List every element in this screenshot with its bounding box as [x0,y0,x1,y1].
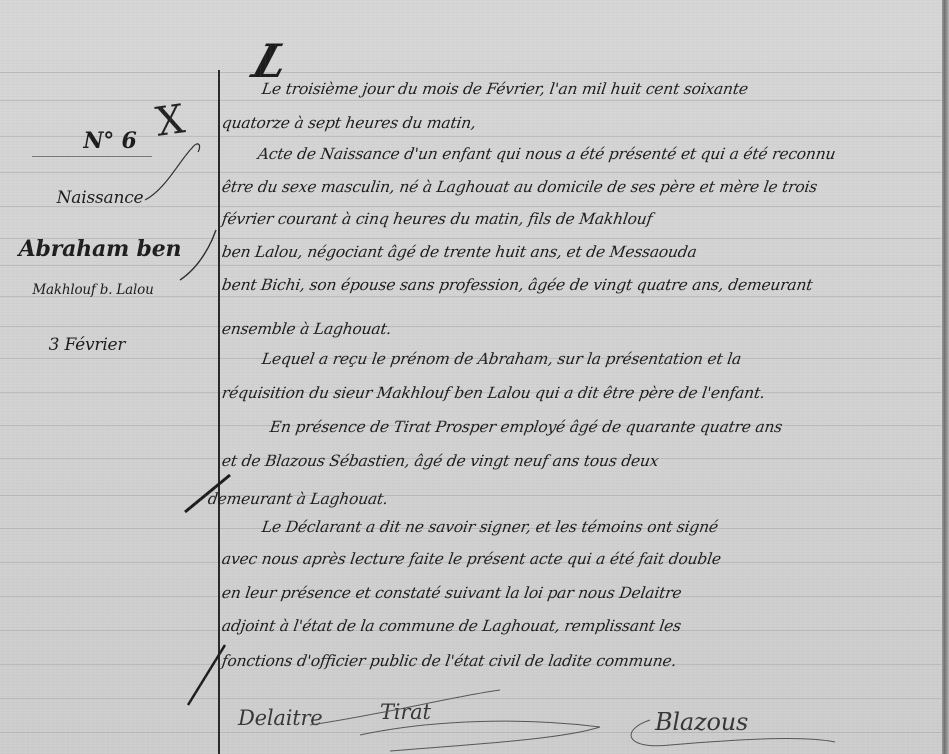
body-line: quatorze à sept heures du matin, [221,114,477,132]
signature-flourish [300,685,620,754]
body-line: être du sexe masculin, né à Laghouat au … [221,178,819,196]
body-line: bent Bichi, son épouse sans profession, … [221,276,814,294]
body-line: fonctions d'officier public de l'état ci… [221,652,678,670]
body-line: en leur présence et constaté suivant la … [221,584,683,602]
body-line: février courant à cinq heures du matin, … [221,210,654,228]
document-page: N° 6 X Naissance Abraham ben Makhlouf b.… [0,0,949,754]
body-line: avec nous après lecture faite le présent… [221,550,722,568]
margin-connector-flourish [140,130,230,310]
page-binding-edge [942,0,949,754]
birth-date: 3 Février [22,335,152,355]
body-line: et de Blazous Sébastien, âgé de vingt ne… [221,452,660,470]
signature-flourish [610,690,840,754]
body-line: adjoint à l'état de la commune de Laghou… [221,617,683,635]
body-line: Lequel a reçu le prénom de Abraham, sur … [261,350,743,368]
entry-number-underline [32,156,152,157]
descender-flourish [180,640,230,710]
body-line: Le Déclarant a dit ne savoir signer, et … [261,518,719,536]
body-line: réquisition du sieur Makhlouf ben Lalou … [221,384,766,402]
body-line: ben Lalou, négociant âgé de trente huit … [221,243,698,261]
body-line: Le troisième jour du mois de Février, l'… [261,80,749,98]
body-line: En présence de Tirat Prosper employé âgé… [269,418,784,436]
body-line: ensemble à Laghouat. [221,320,393,338]
body-line: Acte de Naissance d'un enfant qui nous a… [257,145,837,163]
descender-flourish [175,470,235,520]
